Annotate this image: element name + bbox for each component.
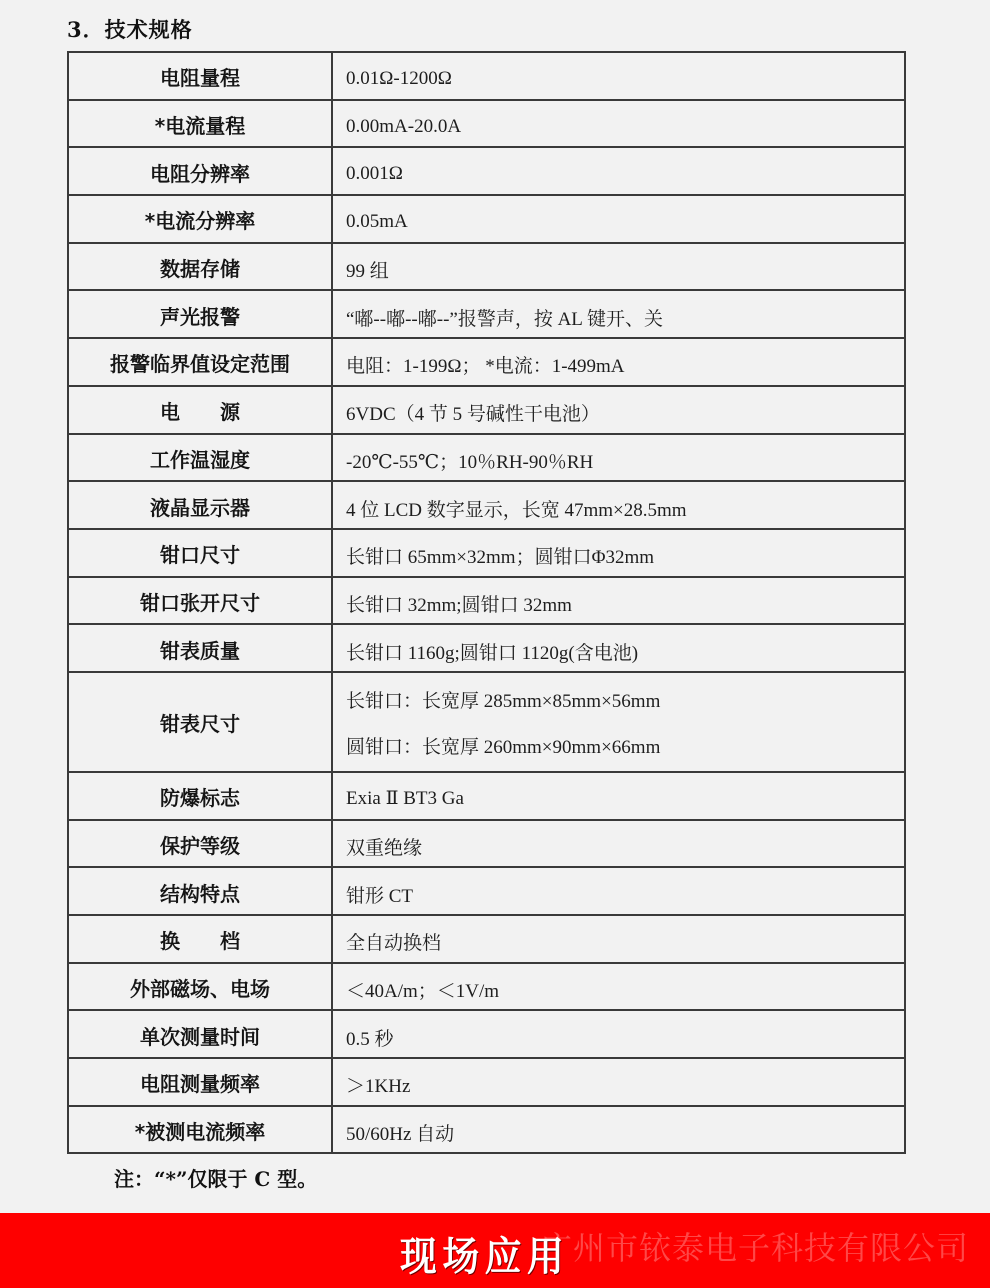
spec-value: 电阻：1-199Ω； *电流：1-499mA [332, 338, 905, 386]
spec-row: 保护等级双重绝缘 [68, 820, 905, 868]
spec-value: ＞1KHz [332, 1058, 905, 1106]
footer-banner: 广州市铱泰电子科技有限公司 现场应用 [0, 1213, 990, 1288]
spec-label: 电阻测量频率 [68, 1058, 332, 1106]
spec-value: 0.5 秒 [332, 1010, 905, 1058]
spec-value-line: 长钳口：长宽厚 285mm×85mm×56mm [346, 679, 904, 725]
spec-label: *电流量程 [68, 100, 332, 148]
spec-label: 数据存储 [68, 243, 332, 291]
spec-value: 长钳口 65mm×32mm；圆钳口Φ32mm [332, 529, 905, 577]
spec-label: *被测电流频率 [68, 1106, 332, 1154]
spec-value: 0.00mA-20.0A [332, 100, 905, 148]
spec-row: 电 源6VDC（4 节 5 号碱性干电池） [68, 386, 905, 434]
spec-row: 工作温湿度-20℃-55℃；10％RH-90％RH [68, 434, 905, 482]
spec-label: 电阻分辨率 [68, 147, 332, 195]
spec-label: 报警临界值设定范围 [68, 338, 332, 386]
spec-value: Exia Ⅱ BT3 Ga [332, 772, 905, 820]
spec-row: 电阻测量频率＞1KHz [68, 1058, 905, 1106]
spec-label: 电阻量程 [68, 52, 332, 100]
spec-value: “嘟--嘟--嘟--”报警声，按 AL 键开、关 [332, 290, 905, 338]
spec-value: 99 组 [332, 243, 905, 291]
spec-row: 电阻分辨率0.001Ω [68, 147, 905, 195]
spec-label: 防爆标志 [68, 772, 332, 820]
spec-label: 结构特点 [68, 867, 332, 915]
spec-label: 换 档 [68, 915, 332, 963]
spec-value: 0.05mA [332, 195, 905, 243]
spec-row: *被测电流频率50/60Hz 自动 [68, 1106, 905, 1154]
spec-label: 单次测量时间 [68, 1010, 332, 1058]
footnote: 注：“*”仅限于 C 型。 [114, 1163, 317, 1192]
spec-label: 钳表质量 [68, 624, 332, 672]
spec-row: *电流量程0.00mA-20.0A [68, 100, 905, 148]
spec-row: 报警临界值设定范围电阻：1-199Ω； *电流：1-499mA [68, 338, 905, 386]
spec-row: 钳口张开尺寸长钳口 32mm;圆钳口 32mm [68, 577, 905, 625]
spec-value: 双重绝缘 [332, 820, 905, 868]
spec-row: 外部磁场、电场＜40A/m；＜1V/m [68, 963, 905, 1011]
spec-value: 长钳口 1160g;圆钳口 1120g(含电池) [332, 624, 905, 672]
spec-table: 电阻量程0.01Ω-1200Ω*电流量程0.00mA-20.0A电阻分辨率0.0… [67, 51, 906, 1154]
section-title: 3．技术规格 [67, 14, 193, 44]
spec-row: 钳表尺寸长钳口：长宽厚 285mm×85mm×56mm圆钳口：长宽厚 260mm… [68, 672, 905, 772]
spec-row: 换 档全自动换档 [68, 915, 905, 963]
spec-label: 保护等级 [68, 820, 332, 868]
spec-row: 液晶显示器4 位 LCD 数字显示，长宽 47mm×28.5mm [68, 481, 905, 529]
footer-title: 现场应用 [400, 1225, 569, 1282]
spec-row: 数据存储99 组 [68, 243, 905, 291]
spec-label: 钳口张开尺寸 [68, 577, 332, 625]
spec-row: *电流分辨率0.05mA [68, 195, 905, 243]
spec-value: 6VDC（4 节 5 号碱性干电池） [332, 386, 905, 434]
spec-value: 4 位 LCD 数字显示，长宽 47mm×28.5mm [332, 481, 905, 529]
spec-value: 全自动换档 [332, 915, 905, 963]
spec-value: ＜40A/m；＜1V/m [332, 963, 905, 1011]
spec-value: 钳形 CT [332, 867, 905, 915]
spec-value: 长钳口 32mm;圆钳口 32mm [332, 577, 905, 625]
company-watermark: 广州市铱泰电子科技有限公司 [540, 1223, 969, 1269]
spec-label: 电 源 [68, 386, 332, 434]
spec-label: 钳口尺寸 [68, 529, 332, 577]
spec-row: 钳表质量长钳口 1160g;圆钳口 1120g(含电池) [68, 624, 905, 672]
spec-value: 0.001Ω [332, 147, 905, 195]
spec-label: *电流分辨率 [68, 195, 332, 243]
spec-value: -20℃-55℃；10％RH-90％RH [332, 434, 905, 482]
spec-row: 声光报警“嘟--嘟--嘟--”报警声，按 AL 键开、关 [68, 290, 905, 338]
spec-row: 钳口尺寸长钳口 65mm×32mm；圆钳口Φ32mm [68, 529, 905, 577]
spec-label: 声光报警 [68, 290, 332, 338]
spec-row: 防爆标志Exia Ⅱ BT3 Ga [68, 772, 905, 820]
spec-value: 50/60Hz 自动 [332, 1106, 905, 1154]
spec-label: 工作温湿度 [68, 434, 332, 482]
spec-row: 结构特点钳形 CT [68, 867, 905, 915]
spec-label: 外部磁场、电场 [68, 963, 332, 1011]
spec-value-line: 圆钳口：长宽厚 260mm×90mm×66mm [346, 725, 904, 771]
spec-label: 钳表尺寸 [68, 672, 332, 772]
spec-row: 电阻量程0.01Ω-1200Ω [68, 52, 905, 100]
spec-label: 液晶显示器 [68, 481, 332, 529]
spec-row: 单次测量时间0.5 秒 [68, 1010, 905, 1058]
spec-value: 0.01Ω-1200Ω [332, 52, 905, 100]
spec-value: 长钳口：长宽厚 285mm×85mm×56mm圆钳口：长宽厚 260mm×90m… [332, 672, 905, 772]
spec-table-body: 电阻量程0.01Ω-1200Ω*电流量程0.00mA-20.0A电阻分辨率0.0… [68, 52, 905, 1153]
